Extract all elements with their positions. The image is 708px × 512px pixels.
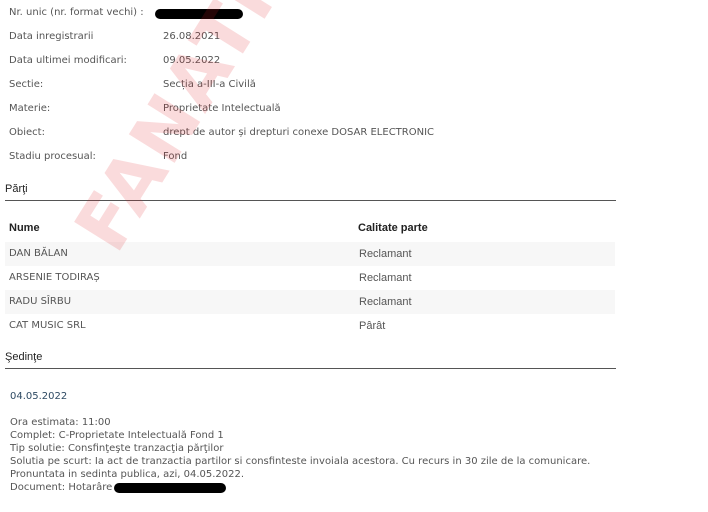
detail-label: Materie: [9,102,50,116]
table-row: ARSENIE TODIRAȘ Reclamant [5,266,615,290]
detail-value: Proprietate Intelectuală [163,102,281,116]
detail-label: Nr. unic (nr. format vechi) : [9,6,144,20]
redacted-document-link[interactable] [114,483,226,493]
party-role: Reclamant [359,266,412,290]
hearing-solution-summary: Solutia pe scurt: Ia act de tranzactia p… [10,455,590,468]
detail-value: 26.08.2021 [163,30,220,44]
party-role: Reclamant [359,290,412,314]
detail-label: Sectie: [9,78,43,92]
detail-value: Secția a-III-a Civilă [163,78,256,92]
detail-label: Data ultimei modificari: [9,54,127,68]
party-role: Reclamant [359,242,412,266]
detail-value: drept de autor și drepturi conexe DOSAR … [163,126,434,140]
detail-value: Fond [163,150,187,164]
hearing-pronounced: Pronuntata in sedinta publica, azi, 04.0… [10,468,590,481]
table-row: RADU SÎRBU Reclamant [5,290,615,314]
hearing-panel: Complet: C-Proprietate Intelectuală Fond… [10,429,590,442]
detail-label: Stadiu procesual: [9,150,96,164]
hearing-solution-type: Tip solutie: Consfinţeşte tranzacţia păr… [10,442,590,455]
party-role: Pârât [359,314,385,338]
table-row: CAT MUSIC SRL Pârât [5,314,615,338]
party-name: CAT MUSIC SRL [9,314,86,338]
column-header-name: Nume [9,222,40,234]
column-header-role: Calitate parte [358,222,428,234]
redacted-case-number [155,9,243,19]
party-name: RADU SÎRBU [9,290,71,314]
party-name: DAN BĂLAN [9,242,68,266]
hearing-estimated-time: Ora estimata: 11:00 [10,416,590,429]
party-name: ARSENIE TODIRAȘ [9,266,100,290]
document-label: Document: Hotarâre [10,482,112,493]
detail-value: 09.05.2022 [163,54,220,68]
detail-label: Data inregistrarii [9,30,93,44]
hearing-document: Document: Hotarâre [10,481,590,494]
hearing-date: 04.05.2022 [10,391,67,402]
hearing-details: Ora estimata: 11:00 Complet: C-Proprieta… [10,416,590,494]
table-row: DAN BĂLAN Reclamant [5,242,615,266]
detail-label: Obiect: [9,126,45,140]
parties-section-title: Părţi [5,183,616,201]
hearings-section-title: Şedinţe [5,351,616,369]
